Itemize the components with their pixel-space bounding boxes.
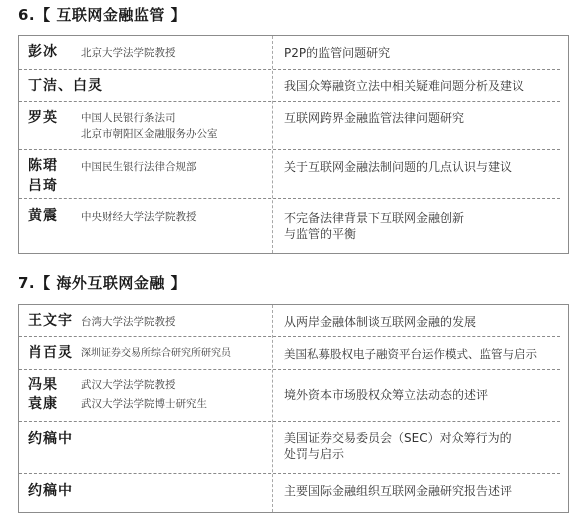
section-title-overseas-internet-finance: 7.【 海外互联网金融 】 — [18, 272, 186, 293]
author-affiliation: 台湾大学法学院教授 — [81, 314, 176, 330]
author-affiliation: 北京市朝阳区金融服务办公室 — [81, 126, 218, 142]
author-name: 黄震 — [28, 206, 58, 226]
author-name: 王文宇 — [28, 311, 73, 331]
author-affiliation: 武汉大学法学院教授 — [81, 377, 176, 393]
row-separator — [19, 101, 560, 102]
paper-topic: 不完备法律背景下互联网金融创新 — [284, 210, 464, 226]
author-name: 冯果 — [28, 375, 58, 395]
row-separator — [19, 149, 560, 150]
table-internet-finance-regulation: 彭冰 北京大学法学院教授 P2P的监管问题研究 丁洁、白灵 我国众筹融资立法中相… — [18, 35, 569, 254]
author-affiliation: 中国民生银行法律合规部 — [81, 159, 197, 175]
author-name: 约稿中 — [28, 429, 73, 449]
paper-topic: 我国众筹融资立法中相关疑难问题分析及建议 — [284, 78, 524, 94]
row-separator — [19, 69, 560, 70]
paper-topic: 处罚与启示 — [284, 446, 344, 462]
author-name: 陈珺 — [28, 156, 58, 176]
paper-topic: 从两岸金融体制谈互联网金融的发展 — [284, 314, 476, 330]
paper-topic: 境外资本市场股权众筹立法动态的述评 — [284, 387, 488, 403]
author-affiliation: 中国人民银行条法司 — [81, 110, 176, 126]
section-title-internet-finance-regulation: 6.【 互联网金融监管 】 — [18, 4, 186, 25]
author-name: 丁洁、白灵 — [28, 76, 103, 96]
author-name: 约稿中 — [28, 481, 73, 501]
author-name: 肖百灵 — [28, 343, 73, 363]
author-name: 罗英 — [28, 108, 58, 128]
row-separator — [19, 369, 560, 370]
row-separator — [19, 421, 560, 422]
table-overseas-internet-finance: 王文宇 台湾大学法学院教授 从两岸金融体制谈互联网金融的发展 肖百灵 深圳证券交… — [18, 304, 569, 513]
paper-topic: 美国私募股权电子融资平台运作模式、监管与启示 — [284, 346, 537, 362]
author-affiliation: 北京大学法学院教授 — [81, 45, 176, 61]
paper-topic: 与监管的平衡 — [284, 226, 356, 242]
row-separator — [19, 198, 560, 199]
row-separator — [19, 473, 560, 474]
author-name: 彭冰 — [28, 42, 58, 62]
paper-topic: 关于互联网金融法制问题的几点认识与建议 — [284, 159, 512, 175]
paper-topic: P2P的监管问题研究 — [284, 45, 390, 61]
author-name: 袁康 — [28, 394, 58, 414]
author-affiliation: 中央财经大学法学院教授 — [81, 209, 197, 225]
author-name: 吕琦 — [28, 176, 58, 196]
author-affiliation: 武汉大学法学院博士研究生 — [81, 396, 207, 412]
paper-topic: 主要国际金融组织互联网金融研究报告述评 — [284, 483, 512, 499]
paper-topic: 互联网跨界金融监管法律问题研究 — [284, 110, 464, 126]
author-affiliation: 深圳证券交易所综合研究所研究员 — [81, 346, 231, 362]
paper-topic: 美国证券交易委员会（SEC）对众筹行为的 — [284, 430, 512, 446]
row-separator — [19, 336, 560, 337]
